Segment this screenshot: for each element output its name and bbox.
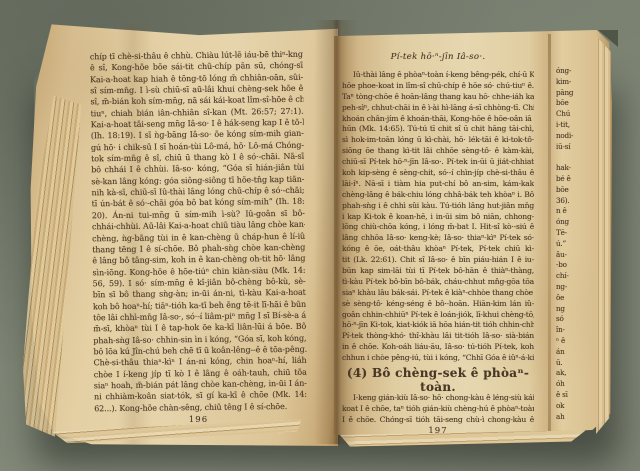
text-line: ú.” <box>556 239 598 250</box>
text-line: būn kap sim-lāi tùi tī Pí-tek bô-hān ê t… <box>342 266 534 277</box>
book-photo: chíp tī chè-si-thâu ê chhù. Chiàu lút-lē… <box>0 0 640 471</box>
text-line: hōe phoe-koat in lîm-sî chū-chíp ê hōe s… <box>342 81 534 92</box>
text-line: ak, <box>556 368 598 379</box>
text-line: I ê chōe. Chóng-sī tióh tāi-seng chù-ì c… <box>342 414 534 425</box>
text-line: n ê <box>556 206 598 217</box>
text-line: peh-sìⁿ, chhut-chāi in ê ì-ài hì-lāng á-… <box>342 103 534 114</box>
text-line: sì hok-im-toān lóng ū kì-chài, hō· lék-t… <box>342 135 534 146</box>
text-line: hō·ⁿ-jīn Ki-tok, kiat-kiók iā hōa hián-t… <box>342 320 534 331</box>
text-line: kim- <box>556 77 598 88</box>
right-page-paragraph-1: Iû-thài lâng ê phòaⁿ-toàn í-keng bêng-pé… <box>342 70 534 364</box>
text-line: pāng <box>556 88 598 99</box>
text-line: iū-sí <box>556 142 598 153</box>
text-line: hūn (Mk. 14:65). Tú-tú tī chit sî ū chit… <box>342 124 534 135</box>
text-line <box>556 152 598 163</box>
text-line: Pí-tek thòng-khó· thî-khàu lâi tit-tióh … <box>342 331 534 342</box>
text-line: óh <box>556 379 598 390</box>
text-line: lōng chiù-chōa kóng, i lóng m̄-bat I. Hi… <box>342 222 534 233</box>
text-line: chí- <box>556 271 598 282</box>
text-line: ng- <box>556 282 598 293</box>
text-line: Iû-thài lâng ê phòaⁿ-toàn í-keng bêng-pé… <box>342 70 534 81</box>
text-line: Taⁿ tòng-chōe ê hoān-lâng thang kau hō· … <box>342 92 534 103</box>
right-page-paragraph-2: I-keng gián-kiù Iâ-so· hō· chong-kàu ê l… <box>342 392 534 425</box>
text-line: sè sèng-tô· kéng-séng ê bô·-hoān. Hiān-k… <box>342 299 534 310</box>
text-line: ê sī <box>556 390 598 401</box>
text-line: I-keng gián-kiù Iâ-so· hō· chong-kàu ê l… <box>342 392 534 403</box>
text-line: só <box>556 314 598 325</box>
text-line: siaⁿ khàu lâu bák-sái. Pí-tek ê kiàⁿ-chh… <box>342 288 534 299</box>
text-line: -bo <box>556 260 598 271</box>
text-line: ôe <box>556 293 598 304</box>
text-line: âu- <box>556 250 598 261</box>
text-line: tit (Lk. 22:61). Chit sî Iâ-so· ê bīn pi… <box>342 255 534 266</box>
text-line: óng- <box>556 66 598 77</box>
text-line: khoán chân-jím ê khoán-thāi, Kong-hōe ê … <box>342 114 534 125</box>
text-line: ok <box>556 401 598 412</box>
text-line: Chú <box>556 109 598 120</box>
text-line: hak- <box>556 163 598 174</box>
text-line: ū. <box>556 358 598 369</box>
text-line: óng <box>556 217 598 228</box>
text-line: lāi-íⁿ. Nā-sī i tiàm hia put-chí bô an-s… <box>342 179 534 190</box>
text-line: ⁿ ê <box>556 336 598 347</box>
text-line: chiū-sī Pí-tek hō·ⁿ-jīn Iâ-so·. Pí-tek i… <box>342 157 534 168</box>
text-line: în- <box>556 325 598 336</box>
text-line: bōe <box>556 98 598 109</box>
text-line: ng <box>556 304 598 315</box>
text-line: tì-kàu Pí-tek bô-bīn bô-bák, cháu-chhut … <box>342 277 534 288</box>
text-line: Tē- <box>556 228 598 239</box>
left-page-text: chíp tī chè-si-thâu ê chhù. Chiàu lút-lē… <box>90 49 307 415</box>
text-line: i kap Ki-tok ê koan-hē, i in-ūi sim bô n… <box>342 212 534 223</box>
text-line: kóng ê ōe, oát-thâu khòaⁿ Pí-tek, Pí-tek… <box>342 244 534 255</box>
text-line: nodi- <box>556 131 598 142</box>
text-line: 36). <box>556 196 598 207</box>
text-line: siōng ōe thang kì-tit lâi chhōe sèng-tô·… <box>342 146 534 157</box>
text-line: phah-sǹg i ê chhì sûi kàu. Tú-tióh lâng … <box>342 201 534 212</box>
text-line: bōe <box>556 185 598 196</box>
section-heading: (4) Bô chèng-sek ê phòaⁿ-toàn. <box>340 366 536 394</box>
text-line: goân chhin-chhiūⁿ Pí-tek ê loán-jiók, lī… <box>342 310 534 321</box>
next-page-text-fragments: óng-kim-pāngbōeChúi-tit,nodi-iū-sí hak-b… <box>556 66 598 422</box>
text-line: koat I ê chōe, taⁿ tióh gián-kiù chèng-h… <box>342 403 534 414</box>
text-line: ah <box>556 412 598 423</box>
right-page-fore-edge <box>596 36 611 434</box>
text-line: chèng-lâng ê bák-chiu lóng chhâ-bák teh … <box>342 190 534 201</box>
text-line: án <box>556 347 598 358</box>
running-header: Pí-tek hō·ⁿ-jīn Iâ-so·. <box>342 52 534 62</box>
text-line: lâng chhōa Iâ-so· keng-kè; Iâ-so· thiaⁿ-… <box>342 233 534 244</box>
text-line: bé ê <box>556 174 598 185</box>
left-page-number: 196 <box>92 415 305 425</box>
text-line: in ê chōe. Koh-oáh liáu-āu, Iâ-so· tú-ti… <box>342 342 534 353</box>
text-line: koh kip-sèng ê sèng-chit, só·-í chìn-jíp… <box>342 168 534 179</box>
text-line: chhun i chòe pêng-iú, tùi i kóng, “Chhī … <box>342 353 534 364</box>
right-page-crease <box>548 34 551 434</box>
text-line: i-tit, <box>556 120 598 131</box>
right-page-number: 197 <box>342 426 534 436</box>
